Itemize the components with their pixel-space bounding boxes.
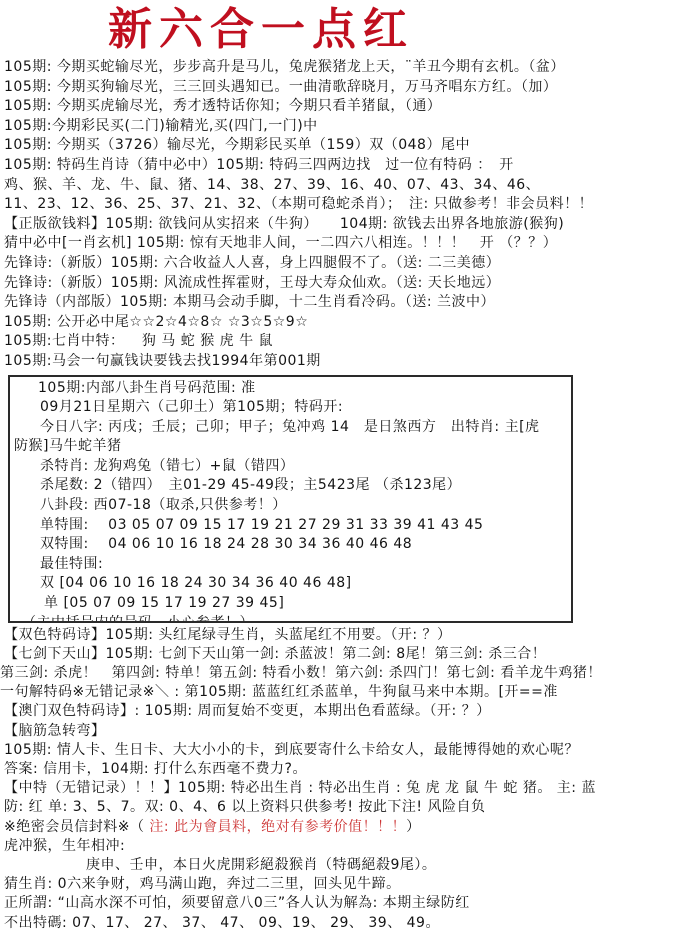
text-segment: 猜生肖: 0六来争财，鸡马满山跑，奔过二三里，回头见牛蹄。 [4, 876, 401, 892]
text-line: 105期: 今期买蛇输尽光，步步高升是马儿，兔虎猴猪龙上天，¨羊丑今期有玄机。（… [0, 58, 697, 78]
text-line: 答案: 信用卡，104期: 打什么东西毫不费力?。 [0, 760, 697, 779]
text-line: 105期:今期彩民买(二门)输精光,买(四门,一门)中 [0, 117, 697, 137]
text-line: 一句解特码※无错记录※＼ : 第105期: 蓝蓝红红杀蓝单，牛狗鼠马来中本期。[… [0, 683, 697, 702]
text-line: 【七剑下天山】105期: 七剑下天山第一剑: 杀蓝波！第二剑: 8尾！第三剑: … [0, 645, 697, 664]
top-text-block: 105期: 今期买蛇输尽光，步步高升是马儿，兔虎猴猪龙上天，¨羊丑今期有玄机。（… [0, 58, 697, 372]
text-line: 【正版欲钱料】105期: 欲钱问从实招来（牛狗） 104期: 欲钱去出界各地旅游… [0, 215, 697, 235]
text-line: 正所謂: “山高水深不可怕，须要留意八0三”各人认为解為: 本期主绿防红 [0, 894, 697, 913]
page-title: 新六合一点红 [108, 6, 697, 54]
text-segment: 双 [04 06 10 16 18 24 30 34 36 40 46 48] [40, 575, 352, 591]
text-line: （主中括号内的号码，小心参考！） [10, 614, 571, 623]
text-segment: 杀尾数: 2（错四） 主01-29 45-49段；主5423尾 （杀123尾） [40, 477, 461, 493]
text-segment: 单特围: 03 05 07 09 15 17 19 21 27 29 31 33… [40, 517, 483, 533]
text-line: 八卦段: 西07-18（取杀,只供参考！） [10, 496, 571, 516]
text-segment: 105期: 今期买蛇输尽光，步步高升是马儿，兔虎猴猪龙上天，¨羊丑今期有玄机。（… [4, 59, 565, 75]
tip-sheet-page: 新六合一点红 105期: 今期买蛇输尽光，步步高升是马儿，兔虎猴猪龙上天，¨羊丑… [0, 6, 697, 941]
text-segment: 猜中必中[一肖玄机] 105期: 惊有天地非人间，一二四六八相连。！！！ 开 （… [4, 235, 557, 251]
text-segment: 不出特碼: 07、17、 27、 37、 47、 09、19、 29、 39、 … [4, 915, 440, 931]
text-segment: 八卦段: 西07-18（取杀,只供参考！） [40, 497, 287, 513]
text-segment: 105期: 情人卡、生日卡、大大小小的卡，到底要寄什么卡给女人，最能博得她的欢心… [4, 742, 579, 758]
text-line: 杀尾数: 2（错四） 主01-29 45-49段；主5423尾 （杀123尾） [10, 476, 571, 496]
text-line: ※绝密会员信封料※（ 注: 此为會員料，绝对有参考价值！！！） [0, 818, 697, 837]
text-line: 11、23、12、36、25、37、21、32、（本期可稳蛇杀肖）； 注: 只做… [0, 195, 697, 215]
text-segment: 今日八字: 丙戌；壬辰；己卯；甲子；兔冲鸡 14 是日煞西方 出特肖: 主[虎 [40, 419, 540, 435]
text-segment: 105期: 公开必中尾☆☆2☆4☆8☆ ☆3☆5☆9☆ [4, 314, 308, 330]
text-segment: 双特围: 04 06 10 16 18 24 28 30 34 36 40 46… [40, 536, 412, 552]
text-segment: 杀特肖: 龙狗鸡兔（错七）+鼠（错四） [40, 458, 294, 474]
bottom-text-block: 【双色特码诗】105期: 头红尾绿寻生肖，头蓝尾红不用要。（开: ？）【七剑下天… [0, 626, 697, 933]
text-segment: 105期:马会一句赢钱诀要钱去找1994年第001期 [4, 353, 321, 369]
text-line: 09月21日星期六（己卯土）第105期；特码开: [10, 398, 571, 418]
text-segment: 先锋诗:（新版）105期: 六合收益人人喜，身上四腿假不了。（送: 二三美德） [4, 255, 500, 271]
text-segment: 105期: 今期买（3726）输尽光，今期彩民买单（159）双（048）尾中 [4, 137, 470, 153]
text-segment: 最佳特围: [40, 556, 103, 572]
text-line: 105期: 今期买虎输尽光，秀才透特话你知；今期只看羊猪鼠，（通） [0, 97, 697, 117]
text-line: 双 [04 06 10 16 18 24 30 34 36 40 46 48] [10, 574, 571, 594]
text-segment: 单 [05 07 09 15 17 19 27 39 45] [44, 595, 284, 611]
text-segment: 先锋诗（内部版）105期: 本期马会动手脚，十二生肖看冷码。（送: 兰波中） [4, 294, 495, 310]
text-segment: 鸡、猴、羊、龙、牛、鼠、猪、14、38、27、39、16、40、07、43、34… [4, 177, 540, 193]
text-line: 105期: 今期买狗输尽光，三三回头遇知已。一曲清歌辞晓月，万马齐唱东方红。（加… [0, 78, 697, 98]
text-line: 杀特肖: 龙狗鸡兔（错七）+鼠（错四） [10, 457, 571, 477]
text-line: 双特围: 04 06 10 16 18 24 28 30 34 36 40 46… [10, 535, 571, 555]
text-segment: 【正版欲钱料】105期: 欲钱问从实招来（牛狗） 104期: 欲钱去出界各地旅游… [4, 216, 564, 232]
text-segment: 105期: 今期买虎输尽光，秀才透特话你知；今期只看羊猪鼠，（通） [4, 98, 441, 114]
text-segment: ※绝密会员信封料※（ [4, 819, 149, 835]
text-line: 今日八字: 丙戌；壬辰；己卯；甲子；兔冲鸡 14 是日煞西方 出特肖: 主[虎 [10, 418, 571, 438]
text-segment: 庚申、壬申，本日火虎開彩絕殺猴肖（特碼絕殺9尾）。 [86, 857, 436, 873]
text-line: 最佳特围: [10, 555, 571, 575]
text-line: 不出特碼: 07、17、 27、 37、 47、 09、19、 29、 39、 … [0, 914, 697, 933]
text-segment: 【澳门双色特码诗】: 105期: 周而复始不变更，本期出色看蓝绿。（开: ？） [4, 703, 491, 719]
text-segment: 09月21日星期六（己卯土）第105期；特码开: [40, 399, 343, 415]
text-segment: 105期:今期彩民买(二门)输精光,买(四门,一门)中 [4, 118, 318, 134]
text-line: 防猴]马牛蛇羊猪 [10, 437, 571, 457]
text-line: 庚申、壬申，本日火虎開彩絕殺猴肖（特碼絕殺9尾）。 [0, 856, 697, 875]
text-line: 单 [05 07 09 15 17 19 27 39 45] [10, 594, 571, 614]
text-segment: 防猴]马牛蛇羊猪 [14, 438, 121, 454]
text-line: 【中特（无错记录）！！】105期: 特必出生肖 : 特必出生肖 : 兔 虎 龙 … [0, 779, 697, 798]
text-line: 猜中必中[一肖玄机] 105期: 惊有天地非人间，一二四六八相连。！！！ 开 （… [0, 234, 697, 254]
red-note-text: 注: 此为會員料，绝对有参考价值！！！ [149, 819, 406, 835]
text-segment: 105期:内部八卦生肖号码范围: 准 [38, 380, 256, 396]
text-segment: 答案: 信用卡，104期: 打什么东西毫不费力?。 [4, 761, 307, 777]
text-segment: （主中括号内的号码，小心参考！） [22, 615, 254, 623]
text-line: 猜生肖: 0六来争财，鸡马满山跑，奔过二三里，回头见牛蹄。 [0, 875, 697, 894]
text-segment: ） [406, 819, 421, 835]
text-segment: 正所謂: “山高水深不可怕，须要留意八0三”各人认为解為: 本期主绿防红 [4, 895, 470, 911]
text-line: 105期:七肖中特： 狗 马 蛇 猴 虎 牛 鼠 [0, 332, 697, 352]
text-segment: 第三剑: 杀虎！ 第四剑: 特单！第五剑: 特看小数！第六剑: 杀四门！第七剑:… [0, 665, 602, 681]
text-segment: 105期: 今期买狗输尽光，三三回头遇知已。一曲清歌辞晓月，万马齐唱东方红。（加… [4, 79, 557, 95]
text-line: 第三剑: 杀虎！ 第四剑: 特单！第五剑: 特看小数！第六剑: 杀四门！第七剑:… [0, 664, 697, 683]
text-line: 鸡、猴、羊、龙、牛、鼠、猪、14、38、27、39、16、40、07、43、34… [0, 176, 697, 196]
text-segment: 105期: 特码生肖诗（猜中必中）105期: 特码三四两边找 过一位有特码 ： … [4, 157, 514, 173]
text-line: 105期:马会一句赢钱诀要钱去找1994年第001期 [0, 352, 697, 372]
text-segment: 虎冲猴，生年相冲: [4, 838, 125, 854]
text-line: 105期:内部八卦生肖号码范围: 准 [10, 379, 571, 399]
text-segment: 【中特（无错记录）！！】105期: 特必出生肖 : 特必出生肖 : 兔 虎 龙 … [4, 780, 596, 796]
text-line: 105期: 公开必中尾☆☆2☆4☆8☆ ☆3☆5☆9☆ [0, 313, 697, 333]
text-segment: 【双色特码诗】105期: 头红尾绿寻生肖，头蓝尾红不用要。（开: ？） [4, 627, 452, 643]
text-segment: 【脑筋急转弯】 [4, 723, 106, 739]
text-line: 先锋诗:（新版）105期: 六合收益人人喜，身上四腿假不了。（送: 二三美德） [0, 254, 697, 274]
eight-trigram-box: 105期:内部八卦生肖号码范围: 准09月21日星期六（己卯土）第105期；特码… [8, 375, 573, 623]
text-line: 先锋诗:（新版）105期: 风流成性挥霍财，王母大寿众仙欢。（送: 天长地远） [0, 274, 697, 294]
text-segment: 11、23、12、36、25、37、21、32、（本期可稳蛇杀肖）； 注: 只做… [4, 196, 593, 212]
text-segment: 防: 红 单: 3、5、7。双: 0、4、6 以上资料只供参考! 按此下注! 风… [4, 799, 485, 815]
text-segment: 105期:七肖中特： 狗 马 蛇 猴 虎 牛 鼠 [4, 333, 273, 349]
text-line: 【脑筋急转弯】 [0, 722, 697, 741]
text-segment: 【七剑下天山】105期: 七剑下天山第一剑: 杀蓝波！第二剑: 8尾！第三剑: … [4, 646, 546, 662]
text-line: 单特围: 03 05 07 09 15 17 19 21 27 29 31 33… [10, 516, 571, 536]
text-line: 105期: 情人卡、生日卡、大大小小的卡，到底要寄什么卡给女人，最能博得她的欢心… [0, 741, 697, 760]
text-line: 防: 红 单: 3、5、7。双: 0、4、6 以上资料只供参考! 按此下注! 风… [0, 798, 697, 817]
text-segment: 一句解特码※无错记录※＼ : 第105期: 蓝蓝红红杀蓝单，牛狗鼠马来中本期。[… [0, 684, 558, 700]
text-line: 105期: 特码生肖诗（猜中必中）105期: 特码三四两边找 过一位有特码 ： … [0, 156, 697, 176]
text-line: 【双色特码诗】105期: 头红尾绿寻生肖，头蓝尾红不用要。（开: ？） [0, 626, 697, 645]
text-line: 【澳门双色特码诗】: 105期: 周而复始不变更，本期出色看蓝绿。（开: ？） [0, 702, 697, 721]
text-segment: 先锋诗:（新版）105期: 风流成性挥霍财，王母大寿众仙欢。（送: 天长地远） [4, 275, 500, 291]
text-line: 先锋诗（内部版）105期: 本期马会动手脚，十二生肖看冷码。（送: 兰波中） [0, 293, 697, 313]
text-line: 虎冲猴，生年相冲: [0, 837, 697, 856]
text-line: 105期: 今期买（3726）输尽光，今期彩民买单（159）双（048）尾中 [0, 136, 697, 156]
